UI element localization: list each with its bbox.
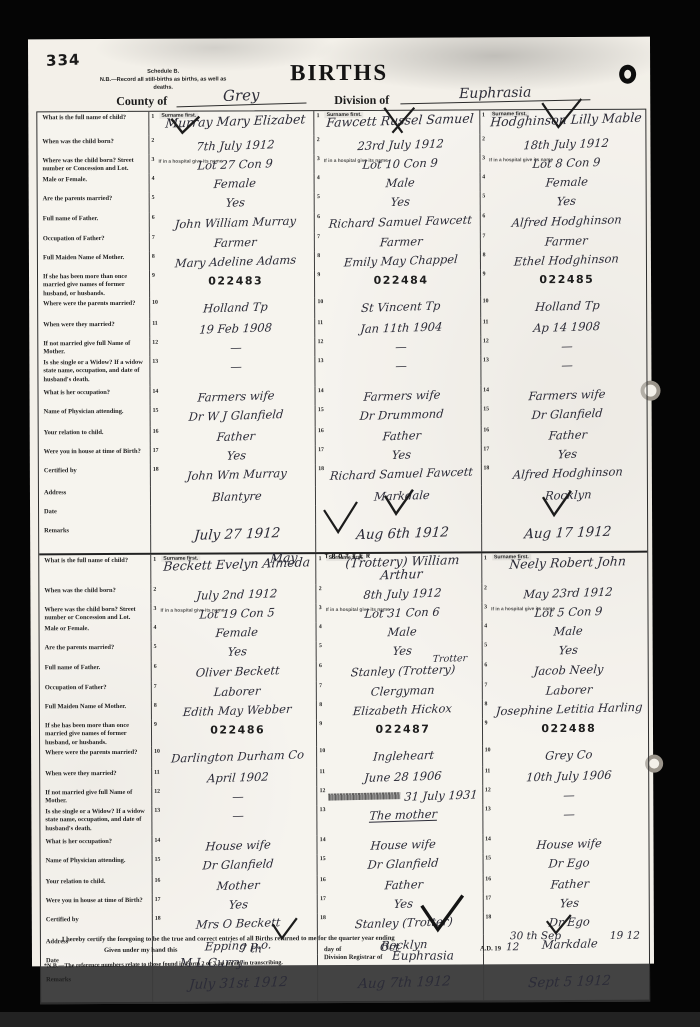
row-number: 2 — [149, 136, 158, 144]
record-field-cell: 14Farmers wife — [150, 386, 315, 406]
record-field-value: Yes — [558, 448, 578, 461]
question-text: Your relation to child. — [46, 878, 149, 887]
record-field-cell: 1Surname first.TROTTER(Trottery) William… — [317, 553, 482, 584]
county-division-line: County of Grey Division of Euphrasia — [28, 89, 650, 112]
row-number-spacer — [151, 506, 160, 508]
question-text: When were they married? — [43, 321, 146, 330]
question-text: Is she single or a Widow? If a widow sta… — [45, 808, 148, 833]
row-number: 12 — [316, 337, 325, 345]
row-number: 17 — [151, 446, 160, 454]
record-field-cell: 15Dr Glanfield — [481, 404, 646, 426]
question-cell: Your relation to child. — [41, 876, 153, 895]
registrar-label: Division Registrar of — [324, 954, 383, 961]
row-number: 15 — [483, 853, 492, 861]
record-field-cell: 27th July 1912 — [149, 135, 314, 155]
record-field-value-wrap: 23rd July 1912 — [324, 134, 479, 154]
record-field-value-wrap — [491, 504, 647, 524]
record-field-value: — — [395, 341, 407, 353]
record-field-value: Farmer — [379, 235, 423, 248]
given-line: Given under my hand this 7 th day of Oct… — [62, 945, 646, 961]
record-field-cell: 12— — [481, 336, 646, 356]
record-field-value-wrap: — — [325, 336, 480, 356]
record-field-value-wrap: Clergyman — [326, 680, 481, 700]
record-field-value: Beckett Evelyn Almeda — [163, 555, 311, 573]
record-field-value-wrap — [325, 504, 480, 524]
row-number: 5 — [480, 191, 489, 199]
row-number: 18 — [151, 465, 160, 473]
record-field-value: May 23rd 1912 — [523, 586, 613, 601]
record-field-value-wrap: 022487 — [326, 718, 481, 738]
row-number: 14 — [150, 387, 159, 395]
record-field-cell: 8Josephine Letitia Harling — [483, 699, 648, 719]
record-field-value: 022484 — [374, 275, 429, 287]
row-number-spacer — [482, 523, 491, 525]
row-number: 3 — [315, 154, 324, 162]
row-number: 15 — [316, 405, 325, 413]
record-field-value-wrap: Yes — [324, 191, 479, 211]
row-number: 3 — [317, 603, 326, 611]
record-field-value: Laborer — [545, 683, 592, 697]
row-number: 15 — [318, 854, 327, 862]
row-number-spacer — [318, 973, 327, 975]
record-field-value: — — [232, 790, 244, 802]
record-field-value: Farmers wife — [363, 389, 441, 403]
record-field-value: 022483 — [208, 275, 263, 287]
row-number: 8 — [315, 251, 324, 259]
record-field-cell: 18Richard Samuel Fawcett — [316, 463, 481, 486]
record-field-cell: 7Farmer — [315, 231, 480, 251]
row-number: 2 — [151, 585, 160, 593]
row-number: 17 — [318, 894, 327, 902]
record-field-value-wrap: Male — [491, 621, 647, 641]
question-cell: What is her occupation? — [38, 387, 150, 406]
record-field-cell: 15Dr Glanfield — [318, 853, 483, 875]
record-field-value: Aug 17 1912 — [524, 525, 612, 542]
row-number: 15 — [153, 855, 162, 863]
question-text: Remarks — [46, 976, 149, 985]
row-number: 10 — [483, 745, 492, 753]
record-field-value: 31 July 1931 — [404, 789, 478, 803]
record-field-cell: 5Yes — [152, 641, 317, 662]
row-number-spacer — [151, 525, 160, 527]
row-number: 14 — [318, 835, 327, 843]
question-text: Address — [44, 489, 147, 498]
record-field-value: Josephine Letitia Harling — [495, 701, 642, 718]
row-number: 17 — [483, 893, 492, 901]
record-field-cell: 9022487 — [317, 718, 482, 746]
row-number: 11 — [317, 767, 326, 775]
record-field-cell: 16Father — [316, 425, 481, 445]
record-field-value: Holland Tp — [534, 299, 599, 313]
record-field-value: House wife — [370, 838, 436, 852]
record-field-value: 18th July 1912 — [523, 137, 609, 152]
record-field-value-wrap: Aug 7th 1912 — [327, 972, 482, 992]
record-field-value-wrap: 022486 — [161, 719, 316, 739]
record-field-cell: 12— — [316, 336, 481, 356]
record-field-cell: 17Yes — [318, 893, 483, 913]
record-field-value: Clergyman — [370, 684, 435, 698]
record-field-cell: 2May 23rd 1912 — [482, 583, 647, 603]
row-number: 6 — [150, 213, 159, 221]
record-field-value-wrap: — — [161, 786, 316, 806]
record-field-value: July 31st 1912 — [189, 975, 289, 992]
record-field-value: Dr Glanfield — [531, 407, 603, 421]
record-field-cell: 7Clergyman — [317, 680, 482, 700]
record-field-cell: 16Father — [318, 874, 483, 894]
record-field-value-wrap: 7th July 1912 — [158, 135, 313, 155]
record-field-value-wrap: Grey Co — [492, 745, 648, 765]
question-text: Name of Physician attending. — [44, 408, 147, 417]
record-field-value: Male — [386, 176, 416, 189]
record-field-value-wrap: — — [492, 804, 648, 824]
question-cell: Your relation to child. — [39, 427, 151, 446]
record-field-cell: 5Yes — [482, 640, 647, 661]
record-field-cell: 11Jan 11th 1904 — [316, 317, 481, 337]
record-field-value-wrap: Mrs O Beckett — [162, 913, 317, 933]
row-number: 9 — [152, 720, 161, 728]
row-number-spacer — [482, 504, 491, 506]
row-number-spacer — [316, 486, 325, 488]
row-number: 2 — [480, 134, 489, 142]
record-field-value-wrap: Yes — [161, 641, 316, 661]
row-number: 3 — [480, 153, 489, 161]
record-field-value-wrap: Ethel Hodghinson — [490, 250, 646, 270]
question-cell: Where were the parents married? — [38, 298, 150, 319]
record-field-cell: 18John Wm Murray — [151, 464, 316, 487]
record-field-value: — — [563, 808, 575, 820]
record-field-value-wrap: Farmer — [324, 231, 479, 251]
record-field-value: — — [395, 360, 407, 372]
record-field-cell: 4Male — [315, 172, 480, 192]
record-field-value: Yes — [558, 644, 578, 657]
row-number: 6 — [315, 212, 324, 220]
row-number: 10 — [317, 746, 326, 754]
record-field-value: Lot 8 Con 9 — [532, 156, 601, 170]
record-field-cell: 1110th July 1906 — [483, 766, 648, 786]
row-number-spacer — [484, 972, 493, 974]
row-number: 15 — [151, 406, 160, 414]
record-field-cell: July 27 1912 — [151, 524, 316, 553]
row-number: 11 — [152, 768, 161, 776]
question-text: Your relation to child. — [44, 429, 147, 438]
question-text: If not married give full Name of Mother. — [45, 789, 148, 806]
row-number: 15 — [481, 404, 490, 412]
record-field-cell: 13— — [316, 355, 481, 386]
record-field-value-wrap: Dr Glanfield — [162, 854, 317, 874]
record-field-value-wrap: Aug 17 1912 — [491, 523, 647, 543]
question-text: What is her occupation? — [44, 389, 147, 398]
row-number: 2 — [315, 135, 324, 143]
question-text: Full Maiden Name of Mother. — [45, 703, 148, 712]
row-number: 1 — [480, 110, 489, 118]
row-number: 7 — [152, 682, 161, 690]
record-field-value: Stanley (Trotter) — [354, 915, 453, 930]
row-number: 7 — [315, 232, 324, 240]
row-number: 14 — [316, 386, 325, 394]
record-field-value-wrap: Father — [325, 425, 480, 445]
record-field-value-wrap: Rocklyn — [491, 485, 647, 505]
record-field-value-wrap: July 27 1912 — [160, 524, 315, 544]
question-cell: Full Maiden Name of Mother. — [38, 252, 150, 271]
record-field-value: House wife — [205, 839, 271, 853]
row-number: 7 — [150, 233, 159, 241]
record-field-value-wrap: (Trottery) William Arthur — [326, 553, 481, 584]
question-text: Remarks — [44, 527, 147, 536]
record-field-value-wrap: Aug 6th 1912 — [325, 523, 480, 543]
record-field-cell: 1Surname first.Murray Mary Elizabet — [149, 111, 314, 136]
row-number: 1 — [482, 553, 491, 561]
record-field-cell: 17Yes — [153, 894, 318, 914]
row-number: 16 — [318, 875, 327, 883]
row-number: 12 — [481, 336, 490, 344]
record-field-cell: 15Dr Ego — [483, 853, 648, 875]
record-field-cell: 11Ap 14 1908 — [481, 317, 646, 337]
record-field-cell: 16Father — [151, 426, 316, 446]
record-field-value: July 27 1912 — [193, 526, 280, 543]
question-text: When was the child born? — [42, 138, 145, 147]
record-field-value-wrap: Jacob Neely — [491, 660, 647, 680]
row-number: 16 — [153, 876, 162, 884]
row-number: 13 — [481, 355, 490, 363]
record-field-value-wrap: John Wm Murray — [160, 464, 315, 484]
record-field-value-wrap: 022488 — [492, 718, 648, 738]
question-text: When was the child born? — [44, 587, 147, 596]
question-text: Date — [44, 508, 147, 517]
record-field-cell: 16Father — [481, 425, 646, 445]
record-field-cell: 28th July 1912 — [317, 583, 482, 603]
question-text: If not married give full Name of Mother. — [43, 340, 146, 357]
record-field-value-wrap: — — [492, 785, 648, 805]
row-number: 5 — [482, 640, 491, 648]
record-field-cell: 8Edith May Webber — [152, 700, 317, 720]
day-of-label: day of — [324, 946, 341, 953]
question-cell: Certified by — [39, 465, 151, 487]
record-field-cell: 3If in a hospital give its nameLot 27 Co… — [149, 154, 314, 174]
record-field-value-wrap: Emily May Chappel — [324, 250, 479, 270]
record-field-value-wrap: Father — [327, 874, 482, 894]
record-field-value-wrap: Dr Ego — [492, 912, 648, 932]
record-field-value-wrap: Father — [490, 425, 646, 445]
row-number: 3 — [151, 604, 160, 612]
question-cell: Remarks — [41, 974, 153, 1002]
record-field-cell: 9022483 — [150, 270, 315, 298]
record-field-cell: 15Dr Drummond — [316, 404, 481, 426]
record-field-value: St Vincent Tp — [361, 299, 441, 314]
row-number: 8 — [481, 250, 490, 258]
certify-text: I hereby certify the foregoing to be the… — [62, 935, 395, 943]
record-field-cell: 4Female — [152, 622, 317, 642]
record-field-cell: July 31st 1912 — [153, 973, 318, 1002]
record-field-cell: 10Darlington Durham Co — [152, 746, 317, 768]
record-field-value: House wife — [536, 837, 602, 851]
row-number: 4 — [317, 622, 326, 630]
record-field-value-wrap: 18th July 1912 — [489, 134, 645, 154]
record-field-value-wrap: Male — [326, 621, 481, 641]
record-field-value-wrap: Mary Adeline Adams — [159, 251, 314, 271]
question-text: Occupation of Father? — [45, 684, 148, 693]
record-field-value-wrap: St Vincent Tp — [324, 296, 479, 316]
record-field-cell: 14House wife — [152, 835, 317, 855]
record-field-value-wrap: Josephine Letitia Harling — [492, 699, 648, 719]
record-field-value: Richard Samuel Fawcett — [329, 214, 473, 230]
record-field-value-wrap: Alfred Hodghinson — [490, 463, 646, 483]
question-cell: When were they married? — [40, 768, 152, 787]
record-field-value-wrap: Farmer — [489, 231, 645, 251]
question-cell: What is the full name of child? — [37, 112, 149, 136]
row-number: 13 — [318, 805, 327, 813]
record-field-value: — — [561, 340, 573, 352]
question-text: Are the parents married? — [45, 644, 148, 653]
record-field-value-wrap: Holland Tp — [490, 296, 646, 316]
record-field-value-wrap: 10th July 1906 — [492, 766, 648, 786]
question-text: If she has been more than once married g… — [45, 722, 148, 747]
record-field-value: Dr Glanfield — [368, 857, 440, 871]
question-cell: When was the child born? — [39, 585, 151, 604]
row-number: 17 — [316, 445, 325, 453]
county-label: County of — [116, 94, 167, 109]
record-field-value-wrap: Yes — [159, 192, 314, 212]
record-field-cell: 17Yes — [151, 445, 316, 465]
record-field-value: Ap 14 1908 — [533, 320, 601, 334]
record-field-cell: 14House wife — [318, 834, 483, 854]
question-cell: Where were the parents married? — [40, 747, 152, 768]
paper: 334 Schedule B. N.B.—Record all still-bi… — [28, 37, 654, 967]
record-field-value-wrap: Father — [492, 874, 648, 894]
record-field-value-wrap: Laborer — [491, 680, 647, 700]
record-field-value: Oliver Beckett — [195, 664, 280, 679]
record-field-cell: 12— — [150, 337, 315, 357]
record-field-value-wrap: House wife — [327, 834, 482, 854]
record-field-cell: Blantyre — [151, 486, 316, 506]
question-text: Full name of Father. — [43, 215, 146, 224]
record-field-value: Female — [216, 626, 259, 639]
record-field-cell: Aug 6th 1912 — [316, 523, 481, 552]
record-field-value-wrap: Dr Glanfield — [490, 404, 646, 424]
question-cell: Is she single or a Widow? If a widow sta… — [38, 357, 150, 387]
row-number: 12 — [150, 338, 159, 346]
record-field-cell: 7Farmer — [480, 231, 645, 251]
record-field-cell: 10St Vincent Tp — [315, 296, 480, 318]
record-field-value: Yes — [559, 897, 579, 910]
record-field-value: 10th July 1906 — [526, 769, 612, 784]
record-field-cell: 223rd July 1912 — [315, 134, 480, 154]
record-field-cell: 11April 1902 — [152, 767, 317, 787]
record-field-cell: Sept 5 1912 — [484, 972, 649, 1001]
record-field-value-wrap: Markdale — [325, 485, 480, 505]
record-field-value-wrap: Yes — [492, 893, 648, 913]
question-text: Where was the child born? Street number … — [44, 606, 147, 623]
record-field-value-wrap: Yes — [489, 191, 645, 211]
row-number: 9 — [481, 269, 490, 277]
row-number: 8 — [483, 699, 492, 707]
record-field-value-wrap: Jan 11th 1904 — [325, 317, 480, 337]
record-field-cell: 15Dr Glanfield — [153, 854, 318, 876]
question-text: Occupation of Father? — [43, 235, 146, 244]
question-cell: Where was the child born? Street number … — [39, 604, 151, 623]
record-field-cell: 14House wife — [483, 834, 648, 854]
record-field-value: Male — [388, 625, 418, 638]
row-number: 13 — [150, 357, 159, 365]
record-field-value: Darlington Durham Co — [171, 748, 305, 764]
record-field-cell: Rocklyn — [482, 485, 647, 505]
record-field-value: Alfred Hodghinson — [511, 213, 622, 228]
record-field-value: Ethel Hodghinson — [514, 252, 620, 267]
record-field-value: Alfred Hodghinson — [512, 465, 623, 480]
record-field-cell: 14Farmers wife — [316, 385, 481, 405]
record-field-cell: 1Surname first.Fawcett Russel Samuel — [315, 110, 480, 135]
ad-year-value: 12 — [506, 941, 519, 953]
record-field-value: June 28 1906 — [364, 770, 442, 784]
record-field-value: Edith May Webber — [183, 703, 292, 718]
record-field-value: — — [563, 789, 575, 801]
record-field-cell: 10Ingleheart — [317, 745, 482, 767]
record-field-value-wrap: 19 Feb 1908 — [159, 318, 314, 338]
row-number: 5 — [317, 641, 326, 649]
record-field-cell: 218th July 1912 — [480, 134, 645, 154]
record-field-value-wrap — [160, 505, 315, 525]
row-number: 13 — [152, 806, 161, 814]
row-number: 7 — [480, 231, 489, 239]
row-number: 11 — [483, 766, 492, 774]
row-number: 18 — [483, 912, 492, 920]
record-field-value: 022486 — [210, 724, 265, 736]
row-number: 17 — [153, 895, 162, 903]
row-number: 3 — [149, 155, 158, 163]
record-field-cell: 9022485 — [481, 269, 646, 297]
question-cell: Full name of Father. — [40, 662, 152, 682]
record-field-cell: 6Oliver Beckett — [152, 661, 317, 682]
row-number: 4 — [152, 623, 161, 631]
record-field-value: Yes — [225, 196, 245, 209]
record-field-value: Stanley (Trottery) — [350, 663, 455, 678]
record-field-value-wrap: Dr Glanfield — [327, 853, 482, 873]
row-number: 5 — [150, 193, 159, 201]
record-field-value: Farmers wife — [528, 388, 606, 402]
row-number: 6 — [317, 661, 326, 669]
row-number: 16 — [483, 874, 492, 882]
record-field-value-wrap: Oliver Beckett — [161, 661, 316, 681]
record-field-value: Neely Robert John — [509, 554, 627, 571]
row-number: 4 — [150, 174, 159, 182]
record-field-value: Mrs O Beckett — [196, 916, 281, 931]
record-field-cell: 2July 2nd 1912 — [151, 584, 316, 604]
record-field-value-wrap: Yes — [162, 894, 317, 914]
scanned-register-page: 334 Schedule B. N.B.—Record all still-bi… — [0, 0, 700, 1027]
record-field-cell: 5Yes — [480, 191, 645, 212]
record-field-value: Lot 5 Con 9 — [534, 605, 603, 619]
record-field-value: Lot 10 Con 9 — [362, 157, 438, 171]
record-field-value-wrap: Farmers wife — [490, 385, 646, 405]
row-number: 9 — [150, 271, 159, 279]
record-field-value-wrap: Dr W J Glanfield — [160, 405, 315, 425]
record-field-value: Lot 31 Con 6 — [364, 606, 440, 620]
row-number: 8 — [317, 700, 326, 708]
record-field-value-wrap: Blantyre — [160, 486, 315, 506]
question-cell: Occupation of Father? — [40, 682, 152, 701]
row-number-spacer — [151, 487, 160, 489]
row-number: 9 — [315, 270, 324, 278]
record-field-value: Blantyre — [211, 490, 262, 504]
record-field-value: Father — [217, 430, 256, 443]
question-text: Where were the parents married? — [43, 300, 146, 309]
record-field-cell: 8Emily May Chappel — [315, 250, 480, 270]
row-number: 4 — [315, 173, 324, 181]
question-text: Male or Female. — [45, 625, 148, 634]
row-number: 5 — [315, 192, 324, 200]
record-field-cell: 13— — [481, 355, 646, 386]
record-field-cell: 12— — [483, 785, 648, 805]
record-field-cell: 9022486 — [152, 719, 317, 747]
